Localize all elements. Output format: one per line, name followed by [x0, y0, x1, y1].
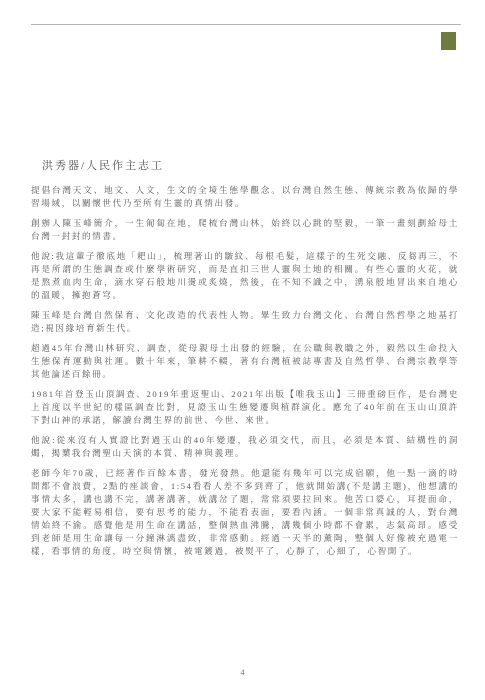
document-page: 洪秀器/人民作主志工 提倡台灣天文、地文、人文，生文的全境生態學觀念。以台灣自然…: [0, 0, 485, 700]
paragraph-teacher: 老師今年70歲，已經著作百餘本書，發光發熱。他還能有幾年可以完成宿願，他一點一滴…: [31, 467, 459, 558]
paragraph-research: 超過45年台灣山林研究、調查，從母親母土出發的經驗，在公職與教職之外，毅然以生命…: [31, 342, 459, 381]
paragraph-quote-mountain: 他說:我這輩子徹底地「耙山」，梳理著山的皺紋、每根毛髮，這樣子的生死交融、反芻再…: [31, 250, 459, 302]
paragraph-representative: 陳玉峰是台灣自然保育、文化改造的代表性人物。畢生致力台灣文化、台灣自然哲學之地基…: [31, 309, 459, 335]
paragraph-intro: 提倡台灣天文、地文、人文，生文的全境生態學觀念。以台灣自然生態、傳統宗教為依歸的…: [31, 184, 459, 210]
paragraph-quote-comparison: 他說:從來沒有人實證比對過玉山的40年變遷，我必須交代，而且，必須是本質、結構性…: [31, 434, 459, 460]
body-text: 提倡台灣天文、地文、人文，生文的全境生態學觀念。以台灣自然生態、傳統宗教為依歸的…: [31, 184, 459, 565]
chapter-marker-square: [441, 32, 456, 50]
paragraph-founder: 創辦人陳玉峰簡介，一生匍匐在地，爬梳台灣山林，始終以心跳的堅毅，一筆一畫刻劃給母…: [31, 217, 459, 243]
paragraph-yushan-survey: 1981年首登玉山頂調查、2019年重返聖山、2021年出版【唯我玉山】三冊重磅…: [31, 388, 459, 427]
author-title: 洪秀器/人民作主志工: [42, 157, 164, 173]
page-number: 4: [0, 668, 485, 677]
header-rule-divider: [31, 24, 461, 25]
